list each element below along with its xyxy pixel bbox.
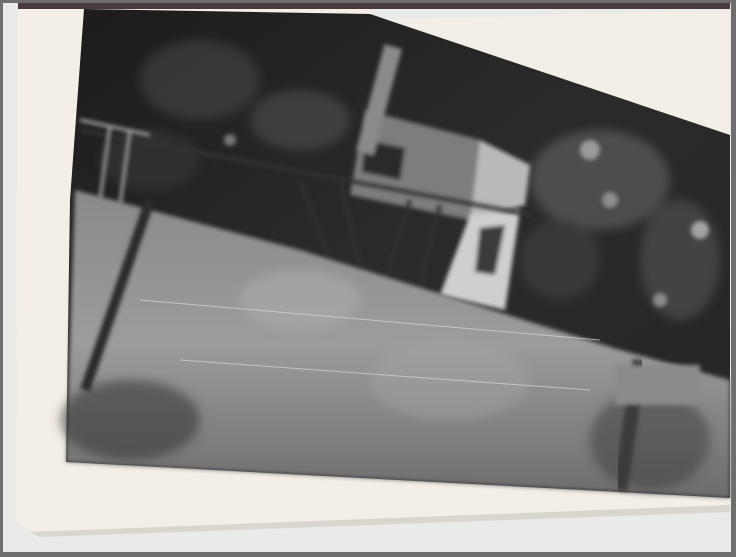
photograph	[0, 0, 736, 557]
scan-edge	[18, 3, 730, 9]
